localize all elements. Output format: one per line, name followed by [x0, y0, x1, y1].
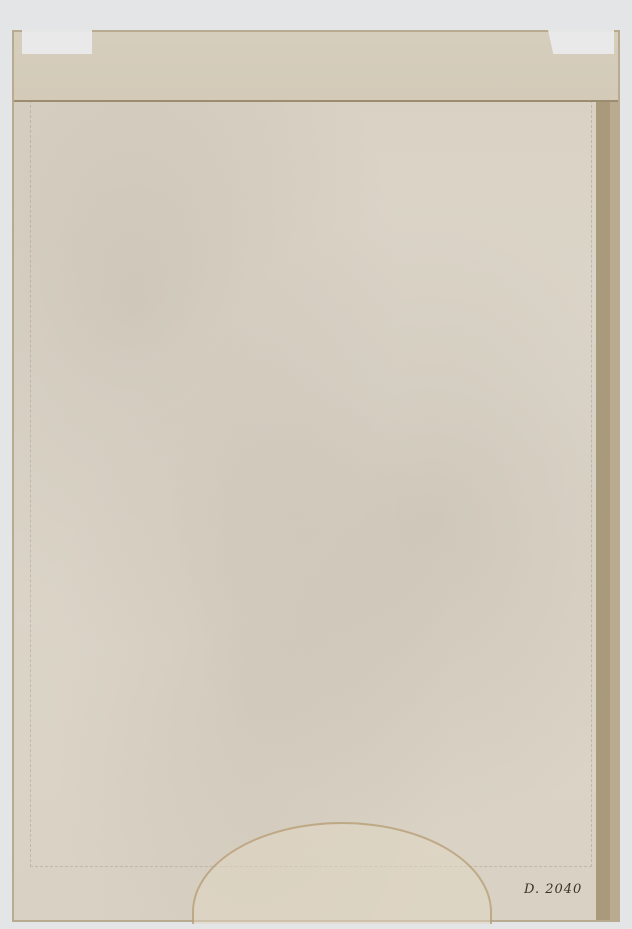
- tape-right: [548, 30, 614, 54]
- inventory-label: D. 2040: [524, 882, 582, 897]
- tape-left: [22, 30, 92, 54]
- plate-mark: [30, 100, 592, 867]
- top-fold-flap: [14, 32, 618, 102]
- card-right-edge: [596, 100, 610, 920]
